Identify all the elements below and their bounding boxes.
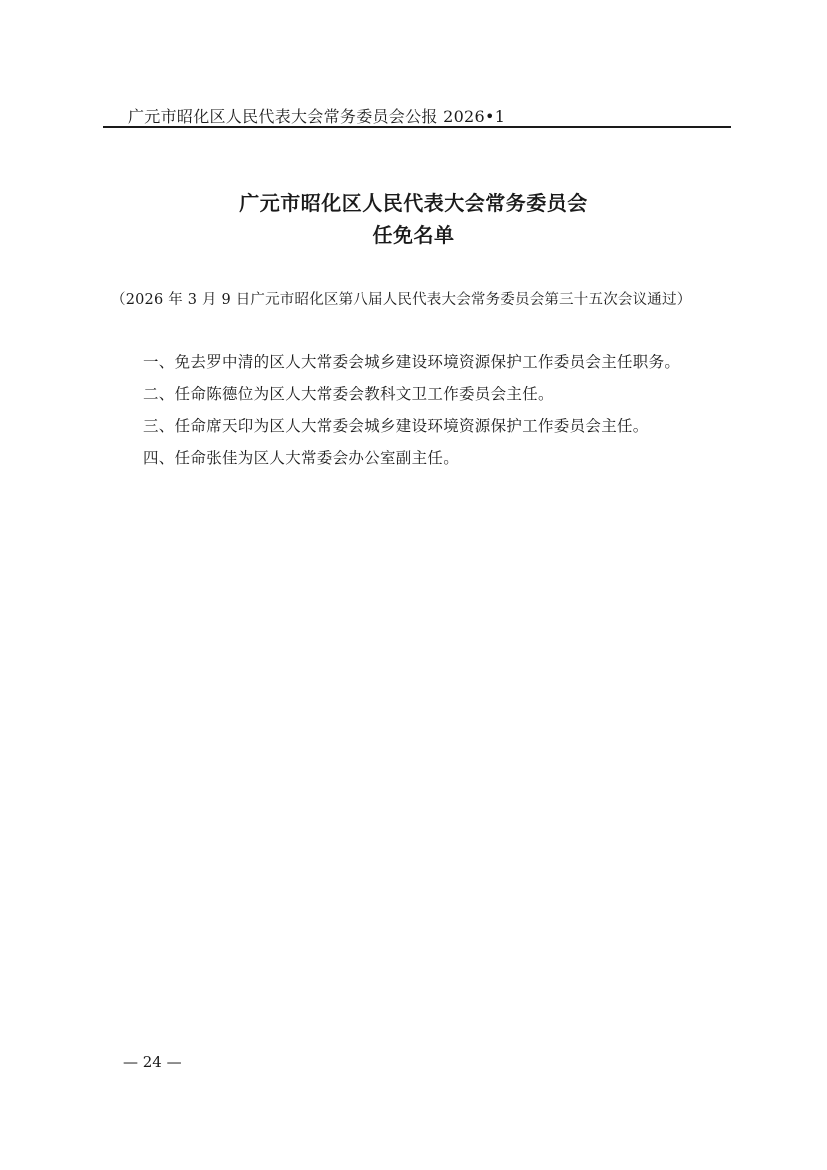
meeting-note: （2026 年 3 月 9 日广元市昭化区第八届人民代表大会常务委员会第三十五次… — [111, 288, 691, 309]
list-item: 四、任命张佳为区人大常委会办公室副主任。 — [143, 448, 680, 480]
document-title: 广元市昭化区人民代表大会常务委员会 — [0, 187, 827, 216]
header-rule — [103, 126, 731, 128]
appointment-list: 一、免去罗中清的区人大常委会城乡建设环境资源保护工作委员会主任职务。 二、任命陈… — [143, 352, 680, 480]
page-number: — 24 — — [123, 1053, 182, 1071]
list-item: 二、任命陈德位为区人大常委会教科文卫工作委员会主任。 — [143, 384, 680, 416]
list-item: 一、免去罗中清的区人大常委会城乡建设环境资源保护工作委员会主任职务。 — [143, 352, 680, 384]
running-header: 广元市昭化区人民代表大会常务委员会公报 2026•1 — [128, 104, 505, 127]
list-item: 三、任命席天印为区人大常委会城乡建设环境资源保护工作委员会主任。 — [143, 416, 680, 448]
document-subtitle-title: 任免名单 — [0, 219, 827, 248]
